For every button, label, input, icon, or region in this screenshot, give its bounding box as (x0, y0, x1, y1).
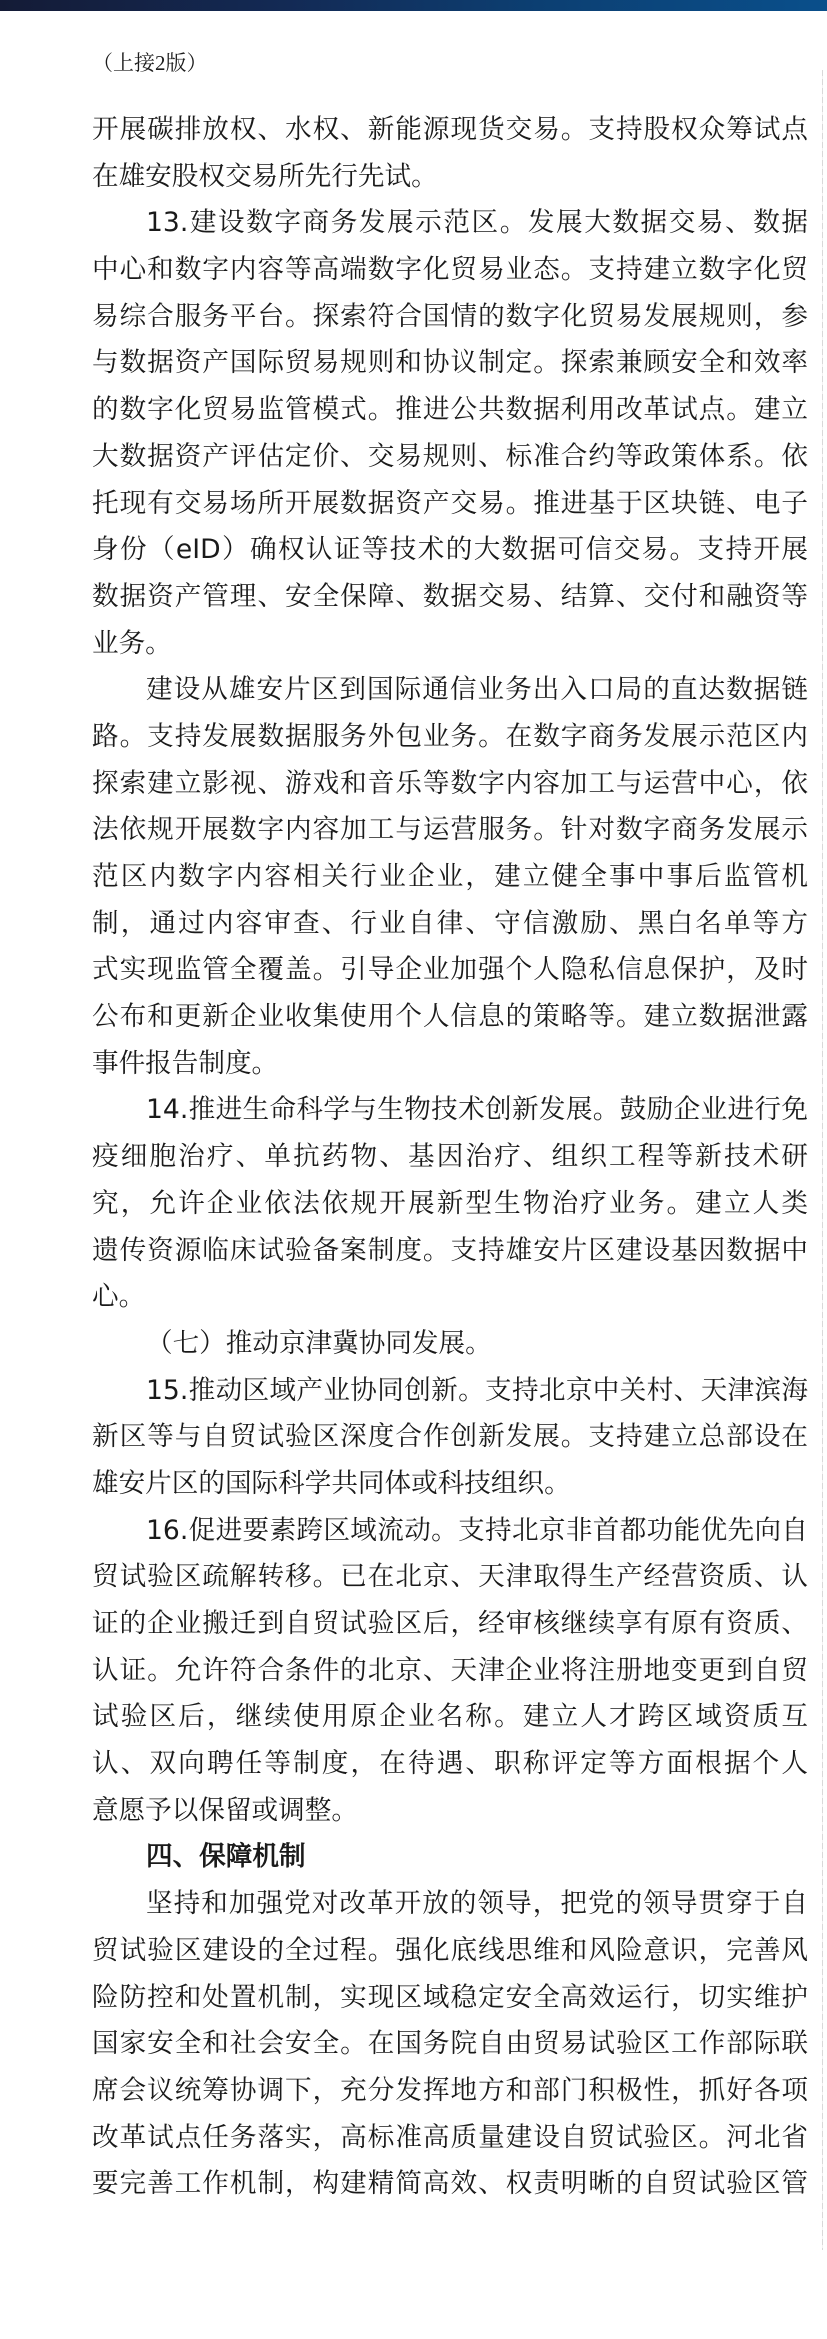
text-line: 式实现监管全覆盖。引导企业加强个人隐私信息保护，及时 (92, 947, 808, 994)
text-line: 身份（eID）确权认证等技术的大数据可信交易。支持开展 (92, 527, 808, 574)
text-line: 贸试验区疏解转移。已在北京、天津取得生产经营资质、认 (92, 1554, 808, 1601)
paragraph-item-14: 14.推进生命科学与生物技术创新发展。鼓励企业进行免 疫细胞治疗、单抗药物、基因… (92, 1087, 812, 1320)
text-line: 试验区后，继续使用原企业名称。建立人才跨区域资质互 (92, 1694, 808, 1741)
text-line: 席会议统筹协调下，充分发挥地方和部门积极性，抓好各项 (92, 2068, 808, 2115)
paragraph-item-15: 15.推动区域产业协同创新。支持北京中关村、天津滨海 新区等与自贸试验区深度合作… (92, 1368, 812, 1508)
text-line: 雄安片区的国际科学共同体或科技组织。 (92, 1461, 808, 1508)
text-line: 数据资产管理、安全保障、数据交易、结算、交付和融资等 (92, 574, 808, 621)
text-line: 心。 (92, 1274, 808, 1321)
text-line: 公布和更新企业收集使用个人信息的策略等。建立数据泄露 (92, 994, 808, 1041)
continued-from-label: （上接2版） (92, 48, 208, 78)
text-line: 新区等与自贸试验区深度合作创新发展。支持建立总部设在 (92, 1414, 808, 1461)
text-line: 路。支持发展数据服务外包业务。在数字商务发展示范区内 (92, 714, 808, 761)
text-line: 建设从雄安片区到国际通信业务出入口局的直达数据链 (92, 667, 808, 714)
section-title: 四、保障机制 (92, 1834, 808, 1881)
text-line: 改革试点任务落实，高标准高质量建设自贸试验区。河北省 (92, 2115, 808, 2162)
text-line: 托现有交易场所开展数据资产交易。推进基于区块链、电子 (92, 481, 808, 528)
text-line: 究，允许企业依法依规开展新型生物治疗业务。建立人类 (92, 1181, 808, 1228)
header-accent-bar (0, 0, 827, 11)
text-line: 认、双向聘任等制度，在待遇、职称评定等方面根据个人 (92, 1741, 808, 1788)
text-line: 贸试验区建设的全过程。强化底线思维和风险意识，完善风 (92, 1928, 808, 1975)
section-heading-4: 四、保障机制 (92, 1834, 812, 1881)
text-line: 易综合服务平台。探索符合国情的数字化贸易发展规则，参 (92, 294, 808, 341)
text-line: 中心和数字内容等高端数字化贸易业态。支持建立数字化贸 (92, 247, 808, 294)
text-line: 事件报告制度。 (92, 1041, 808, 1088)
paragraph-guarantee-mechanism: 坚持和加强党对改革开放的领导，把党的领导贯穿于自 贸试验区建设的全过程。强化底线… (92, 1881, 812, 2208)
text-line: 国家安全和社会安全。在国务院自由贸易试验区工作部际联 (92, 2021, 808, 2068)
text-line: 坚持和加强党对改革开放的领导，把党的领导贯穿于自 (92, 1881, 808, 1928)
text-line: 意愿予以保留或调整。 (92, 1788, 808, 1835)
paragraph-item-16: 16.促进要素跨区域流动。支持北京非首都功能优先向自 贸试验区疏解转移。已在北京… (92, 1508, 812, 1835)
text-line: 在雄安股权交易所先行先试。 (92, 154, 808, 201)
subsection-heading-7: （七）推动京津冀协同发展。 (92, 1321, 812, 1368)
column-divider (822, 70, 823, 2250)
text-line: 证的企业搬迁到自贸试验区后，经审核继续享有原有资质、 (92, 1601, 808, 1648)
text-line: 业务。 (92, 621, 808, 668)
text-line: 15.推动区域产业协同创新。支持北京中关村、天津滨海 (92, 1368, 808, 1415)
text-line: 13.建设数字商务发展示范区。发展大数据交易、数据 (92, 200, 808, 247)
paragraph-carbon-trading: 开展碳排放权、水权、新能源现货交易。支持股权众筹试点 在雄安股权交易所先行先试。 (92, 107, 812, 200)
text-line: 险防控和处置机制，实现区域稳定安全高效运行，切实维护 (92, 1975, 808, 2022)
subsection-title: （七）推动京津冀协同发展。 (92, 1321, 808, 1368)
paragraph-item-13: 13.建设数字商务发展示范区。发展大数据交易、数据 中心和数字内容等高端数字化贸… (92, 200, 812, 667)
text-line: 的数字化贸易监管模式。推进公共数据利用改革试点。建立 (92, 387, 808, 434)
text-line: 遗传资源临床试验备案制度。支持雄安片区建设基因数据中 (92, 1228, 808, 1275)
text-line: 法依规开展数字内容加工与运营服务。针对数字商务发展示 (92, 807, 808, 854)
text-line: 疫细胞治疗、单抗药物、基因治疗、组织工程等新技术研 (92, 1134, 808, 1181)
text-line: 大数据资产评估定价、交易规则、标准合约等政策体系。依 (92, 434, 808, 481)
text-line: 14.推进生命科学与生物技术创新发展。鼓励企业进行免 (92, 1087, 808, 1134)
text-line: 探索建立影视、游戏和音乐等数字内容加工与运营中心，依 (92, 761, 808, 808)
text-line: 制，通过内容审查、行业自律、守信激励、黑白名单等方 (92, 901, 808, 948)
text-line: 开展碳排放权、水权、新能源现货交易。支持股权众筹试点 (92, 107, 808, 154)
article-body: 开展碳排放权、水权、新能源现货交易。支持股权众筹试点 在雄安股权交易所先行先试。… (92, 107, 812, 2208)
text-line: 认证。允许符合条件的北京、天津企业将注册地变更到自贸 (92, 1648, 808, 1695)
text-line: 与数据资产国际贸易规则和协议制定。探索兼顾安全和效率 (92, 340, 808, 387)
text-line: 范区内数字内容相关行业企业，建立健全事中事后监管机 (92, 854, 808, 901)
text-line: 要完善工作机制，构建精简高效、权责明晰的自贸试验区管 (92, 2161, 808, 2208)
text-line: 16.促进要素跨区域流动。支持北京非首都功能优先向自 (92, 1508, 808, 1555)
paragraph-data-link: 建设从雄安片区到国际通信业务出入口局的直达数据链 路。支持发展数据服务外包业务。… (92, 667, 812, 1087)
